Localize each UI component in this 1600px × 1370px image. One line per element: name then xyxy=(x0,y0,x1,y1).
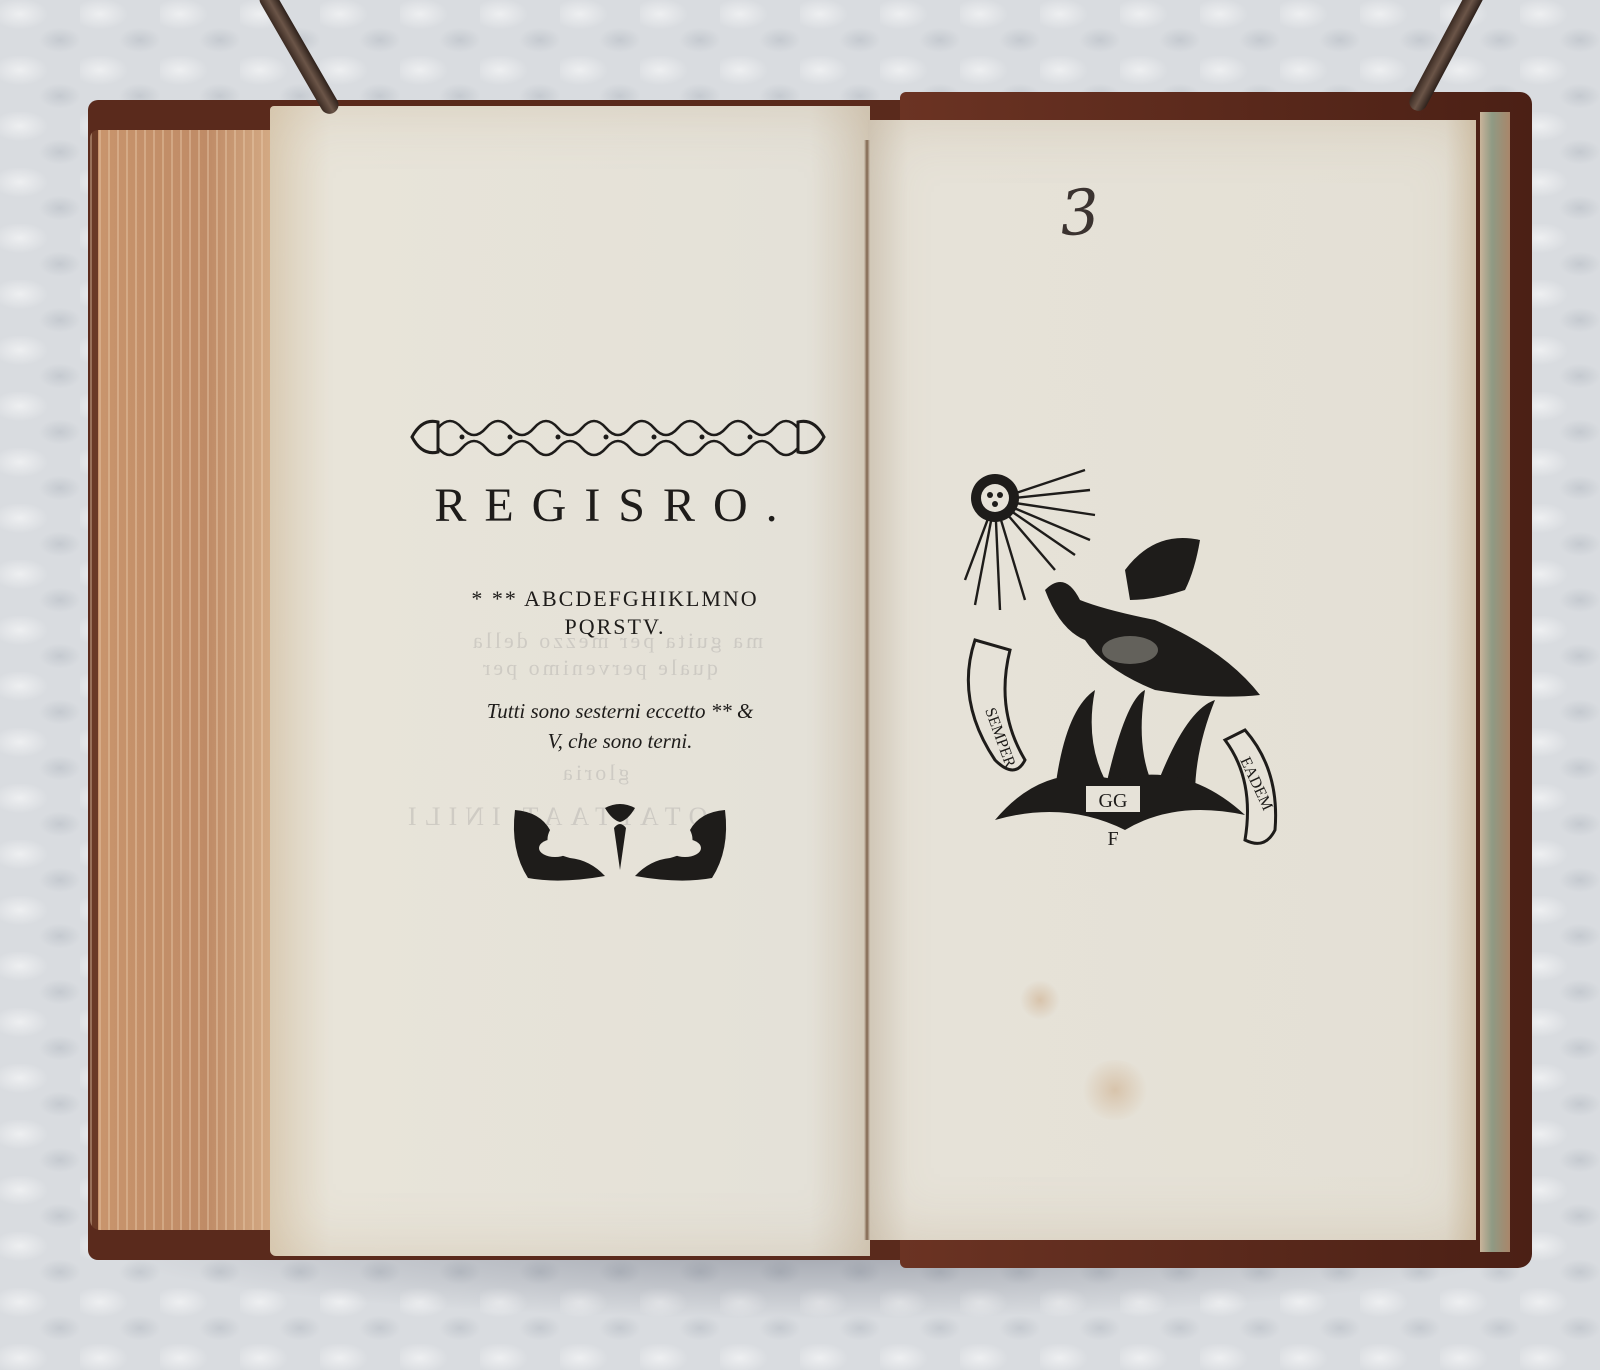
right-board-edge xyxy=(1480,112,1510,1252)
register-signatures: * ** ABCDEFGHIKLMNO PQRSTV. xyxy=(400,585,830,641)
foxing-stain xyxy=(1020,980,1060,1020)
register-line-1: * ** ABCDEFGHIKLMNO xyxy=(400,585,830,613)
device-monogram-sub: F xyxy=(1107,828,1118,850)
book-gutter xyxy=(864,140,870,1240)
foxing-stain xyxy=(1080,1060,1150,1120)
showthrough-text: quale pervenimo per xyxy=(480,655,718,681)
collation-note: Tutti sono sesterni eccetto ** & V, che … xyxy=(420,696,820,756)
fore-edge-pages xyxy=(90,130,285,1230)
showthrough-text: gloria xyxy=(560,760,629,786)
tailpiece-ornament-icon xyxy=(510,800,730,885)
collation-note-line-1: Tutti sono sesterni eccetto ** & xyxy=(420,696,820,726)
folio-number: 3 xyxy=(1058,175,1102,251)
left-page xyxy=(270,106,870,1256)
register-title: REGISRO. xyxy=(400,478,830,533)
collation-note-line-2: V, che sono terni. xyxy=(420,726,820,756)
printers-device-phoenix-icon: GG F SEMPER EADEM xyxy=(955,460,1295,860)
headpiece-ornament-icon xyxy=(408,408,828,466)
device-monogram: GG xyxy=(1099,790,1128,812)
register-line-2: PQRSTV. xyxy=(400,613,830,641)
